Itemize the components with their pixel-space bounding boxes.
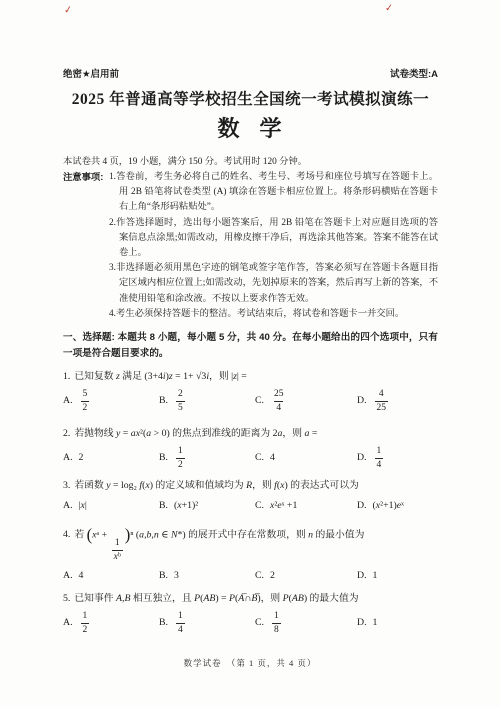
option-value: 2 — [270, 570, 275, 582]
question-2-option-B: B.12 — [159, 446, 255, 470]
paper-info-line: 本试卷共 4 页，19 小题，满分 150 分。考试用时 120 分钟。 — [63, 155, 438, 170]
question-2-stem: 2.若抛物线 y = ax²(a > 0) 的焦点到准线的距离为 2a，则 a … — [63, 427, 438, 441]
question-5-options: A.12B.14C.18D.1 — [63, 611, 438, 635]
fraction: 254 — [272, 389, 286, 413]
option-label: A. — [63, 570, 73, 582]
fraction-numerator: 1 — [113, 538, 122, 550]
question-1-option-B: B.25 — [159, 389, 255, 413]
question-3-option-C: C.x²eˣ +1 — [255, 500, 357, 512]
option-label: D. — [357, 617, 367, 629]
page-footer: 数学试卷 （第 1 页，共 4 页） — [0, 657, 500, 669]
option-label: C. — [255, 395, 264, 407]
fraction: 12 — [176, 446, 185, 470]
fraction-numerator: 5 — [81, 389, 90, 401]
option-label: A. — [63, 617, 73, 629]
option-label: C. — [255, 617, 264, 629]
question-2-option-A: A.2 — [63, 452, 159, 464]
fraction: 14 — [176, 611, 185, 635]
option-label: D. — [357, 570, 367, 582]
option-value: 1 — [373, 617, 378, 629]
question-5-option-C: C.18 — [255, 611, 357, 635]
fraction-numerator: 2 — [176, 389, 185, 401]
exam-title: 2025 年普通高等学校招生全国统一考试模拟演练一 — [63, 87, 438, 109]
question-2-option-D: D.14 — [357, 446, 438, 470]
option-label: B. — [159, 617, 168, 629]
question-number: 4. — [63, 529, 70, 540]
question-4-options: A.4B.3C.2D.1 — [63, 570, 438, 582]
fraction-denominator: 4 — [375, 458, 384, 471]
fraction-numerator: 4 — [377, 389, 386, 401]
option-label: A. — [63, 395, 73, 407]
red-check-mark-right: ✓ — [385, 3, 394, 15]
option-value: 14 — [174, 611, 187, 635]
fraction-denominator: 4 — [176, 623, 185, 636]
fraction: 425 — [375, 389, 389, 413]
questions-list: 1.已知复数 z 满足 (3+4i)z = 1+ √3i，则 |z| =A.52… — [63, 370, 438, 636]
fraction-denominator: 5 — [176, 401, 185, 414]
question-5-option-D: D.1 — [357, 617, 438, 629]
header-meta-row: 绝密★启用前 试卷类型:A — [63, 66, 438, 80]
fraction-denominator: 2 — [81, 623, 90, 636]
notice-item-1: 1.答卷前，考生务必将自己的姓名、考生号、考场号和座位号填写在答题卡上。用 2B… — [109, 170, 438, 216]
question-2: 2.若抛物线 y = ax²(a > 0) 的焦点到准线的距离为 2a，则 a … — [63, 427, 438, 470]
fraction: 12 — [81, 611, 90, 635]
option-value: 18 — [270, 611, 283, 635]
question-3-stem: 3.若函数 y = log₂ f(x) 的定义域和值域均为 R，则 f(x) 的… — [63, 479, 438, 493]
question-number: 1. — [63, 371, 70, 382]
fraction-numerator: 1 — [375, 446, 384, 458]
option-value: (x²+1)eˣ — [373, 500, 404, 512]
option-value: x²eˣ +1 — [270, 500, 297, 512]
fraction-denominator: 4 — [274, 401, 283, 414]
section-header-choice-questions: 一、选择题: 本题共 8 小题，每小题 5 分，共 40 分。在每小题给出的四个… — [63, 330, 438, 361]
option-label: D. — [357, 452, 367, 464]
option-label: C. — [255, 570, 264, 582]
exam-paper-page: ✓ ✓ 绝密★启用前 试卷类型:A 2025 年普通高等学校招生全国统一考试模拟… — [0, 0, 500, 707]
question-3-option-A: A.|x| — [63, 500, 159, 512]
question-5-option-B: B.14 — [159, 611, 255, 635]
fraction: 25 — [176, 389, 185, 413]
notice-item-3: 3.非选择题必须用黑色字迹的钢笔或签字笔作答，答案必须写在答题卡各题目指定区域内… — [109, 261, 438, 307]
question-3-option-B: B.(x+1)² — [159, 500, 255, 512]
fraction: 18 — [272, 611, 281, 635]
option-value: 52 — [79, 389, 92, 413]
fraction-numerator: 1 — [81, 611, 90, 623]
question-number: 2. — [63, 428, 70, 439]
option-label: B. — [159, 500, 168, 512]
question-number: 5. — [63, 593, 70, 604]
option-label: B. — [159, 395, 168, 407]
option-value: 3 — [174, 570, 179, 582]
big-paren: ) — [125, 525, 131, 544]
fraction-denominator: 2 — [81, 401, 90, 414]
option-value: 12 — [174, 446, 187, 470]
option-label: C. — [255, 452, 264, 464]
question-2-options: A.2B.12C.4D.14 — [63, 446, 438, 470]
question-number: 3. — [63, 480, 70, 491]
question-4-option-D: D.1 — [357, 570, 438, 582]
question-4-option-A: A.4 — [63, 570, 159, 582]
notice-label: 注意事项: — [63, 170, 109, 322]
option-value: 2 — [79, 452, 84, 464]
security-label: 绝密★启用前 — [63, 66, 119, 80]
page-content: 绝密★启用前 试卷类型:A 2025 年普通高等学校招生全国统一考试模拟演练一 … — [63, 66, 438, 636]
question-4: 4.若 (xᵃ + 1xᵇ)ⁿ (a,b,n ∈ N*) 的展开式中存在常数项，… — [63, 527, 438, 583]
subject-title: 数 学 — [63, 112, 438, 143]
notice-item-4: 4.考生必须保持答题卡的整洁。考试结束后，将试卷和答题卡一并交回。 — [109, 307, 438, 322]
option-value: 425 — [373, 389, 391, 413]
fraction-numerator: 1 — [272, 611, 281, 623]
fraction-denominator: 2 — [176, 458, 185, 471]
option-label: B. — [159, 570, 168, 582]
option-value: (x+1)² — [174, 500, 198, 512]
question-3: 3.若函数 y = log₂ f(x) 的定义域和值域均为 R，则 f(x) 的… — [63, 479, 438, 512]
option-label: A. — [63, 452, 73, 464]
option-value: 4 — [270, 452, 275, 464]
option-label: D. — [357, 500, 367, 512]
option-label: C. — [255, 500, 264, 512]
question-3-options: A.|x|B.(x+1)²C.x²eˣ +1D.(x²+1)eˣ — [63, 500, 438, 512]
question-5: 5.已知事件 A,B 相互独立，且 P(AB) = P(A̅∩B̅)，则 P(A… — [63, 592, 438, 635]
question-1-option-D: D.425 — [357, 389, 438, 413]
option-label: B. — [159, 452, 168, 464]
notice-block: 注意事项: 1.答卷前，考生务必将自己的姓名、考生号、考场号和座位号填写在答题卡… — [63, 170, 438, 322]
option-value: 12 — [79, 611, 92, 635]
fraction: 52 — [81, 389, 90, 413]
fraction-numerator: 1 — [176, 611, 185, 623]
fraction-denominator: xᵇ — [112, 550, 123, 563]
question-1: 1.已知复数 z 满足 (3+4i)z = 1+ √3i，则 |z| =A.52… — [63, 370, 438, 413]
question-1-stem: 1.已知复数 z 满足 (3+4i)z = 1+ √3i，则 |z| = — [63, 370, 438, 384]
red-check-mark-left: ✓ — [63, 4, 73, 16]
question-3-option-D: D.(x²+1)eˣ — [357, 500, 438, 512]
fraction-numerator: 25 — [272, 389, 286, 401]
option-label: D. — [357, 395, 367, 407]
question-4-stem: 4.若 (xᵃ + 1xᵇ)ⁿ (a,b,n ∈ N*) 的展开式中存在常数项，… — [63, 527, 438, 563]
option-label: A. — [63, 500, 73, 512]
notice-items: 1.答卷前，考生务必将自己的姓名、考生号、考场号和座位号填写在答题卡上。用 2B… — [109, 170, 438, 322]
question-5-stem: 5.已知事件 A,B 相互独立，且 P(AB) = P(A̅∩B̅)，则 P(A… — [63, 592, 438, 606]
question-4-option-C: C.2 — [255, 570, 357, 582]
question-1-option-C: C.254 — [255, 389, 357, 413]
option-value: 4 — [79, 570, 84, 582]
question-1-options: A.52B.25C.254D.425 — [63, 389, 438, 413]
fraction-denominator: 25 — [375, 401, 389, 414]
fraction: 1xᵇ — [112, 538, 123, 562]
option-value: 1 — [373, 570, 378, 582]
question-4-option-B: B.3 — [159, 570, 255, 582]
notice-item-2: 2.作答选择题时，选出每小题答案后，用 2B 铅笔在答题卡上对应题目选项的答案信… — [109, 216, 438, 262]
question-2-option-C: C.4 — [255, 452, 357, 464]
paper-type-label: 试卷类型:A — [390, 66, 438, 80]
fraction: 14 — [375, 446, 384, 470]
question-5-option-A: A.12 — [63, 611, 159, 635]
fraction-denominator: 8 — [272, 623, 281, 636]
option-value: 254 — [270, 389, 288, 413]
question-1-option-A: A.52 — [63, 389, 159, 413]
option-value: |x| — [79, 500, 87, 512]
option-value: 14 — [373, 446, 386, 470]
option-value: 25 — [174, 389, 187, 413]
fraction-numerator: 1 — [176, 446, 185, 458]
